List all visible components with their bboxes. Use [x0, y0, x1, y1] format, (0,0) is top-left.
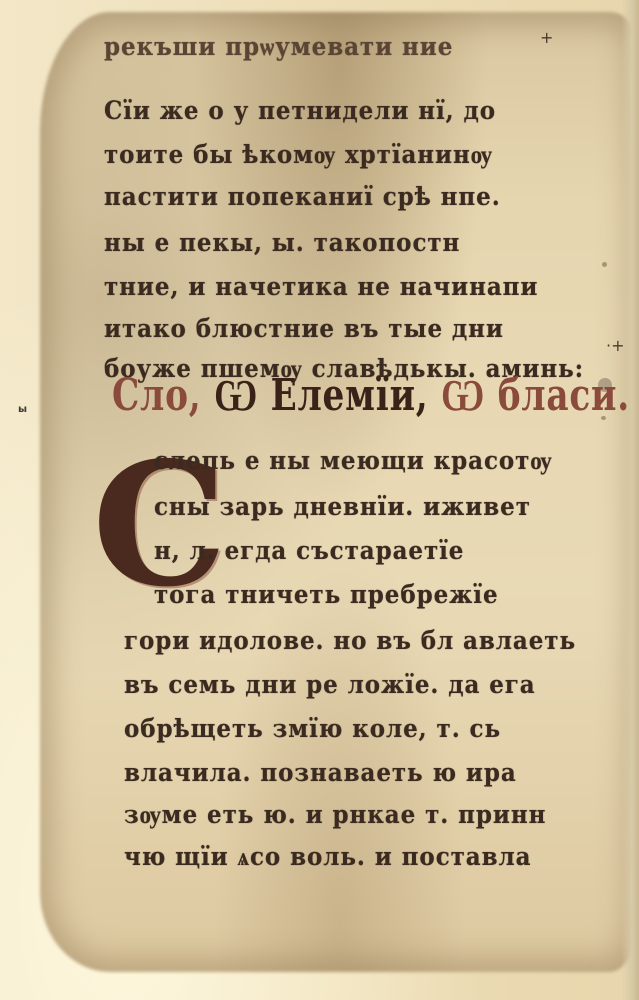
heading-main: Ѡ Елемїи, [201, 370, 428, 421]
text-line: влачила. познаваеть ю ира [124, 758, 517, 787]
text-line: слепь е ны меющи красотѹ [154, 446, 552, 476]
text-line: гори идолове. но въ бл авлаеть [124, 626, 576, 655]
line-end-mark: + [540, 28, 553, 47]
text-line: тога тничеть пребрежїе [154, 580, 499, 609]
text-line: пастити попеканиї срѣ нпе. [104, 182, 501, 211]
ink-spot [602, 262, 607, 267]
text-line: рекъши прѡумевати ние [104, 32, 453, 62]
text-line: чю щїи ѧсо воль. и поставла [124, 842, 531, 872]
text-line: тние, и начетика не начинапи [104, 272, 538, 301]
text-line: обрѣщеть змїю коле, т. сь [124, 714, 501, 743]
text-line: итако блюстние въ тые дни [104, 314, 504, 343]
page-edge [621, 0, 639, 1000]
text-line: сны зарь дневнїи. иживет [154, 492, 531, 521]
text-line: въ семь дни ре ложїе. да ега [124, 670, 536, 699]
text-line: н, л. егда състараетїе [154, 536, 464, 565]
section-heading: Сло, Ѡ Елемїи, Ѡ бласи. [112, 370, 630, 421]
section-end-mark: ·+ [606, 336, 625, 355]
text-line: зѹме еть ю. и рнкае т. принн [124, 800, 546, 830]
heading-suffix: Ѡ бласи. [429, 370, 630, 421]
margin-note: ы [18, 404, 27, 415]
text-line: тоите бы ѣкомѹ хртїанинѹ [104, 140, 493, 170]
heading-prefix: Сло, [112, 370, 201, 421]
text-line: Сїи же о у петнидели нї, до [104, 96, 496, 125]
text-line: ны е пекы, ы. такопостн [104, 228, 460, 257]
